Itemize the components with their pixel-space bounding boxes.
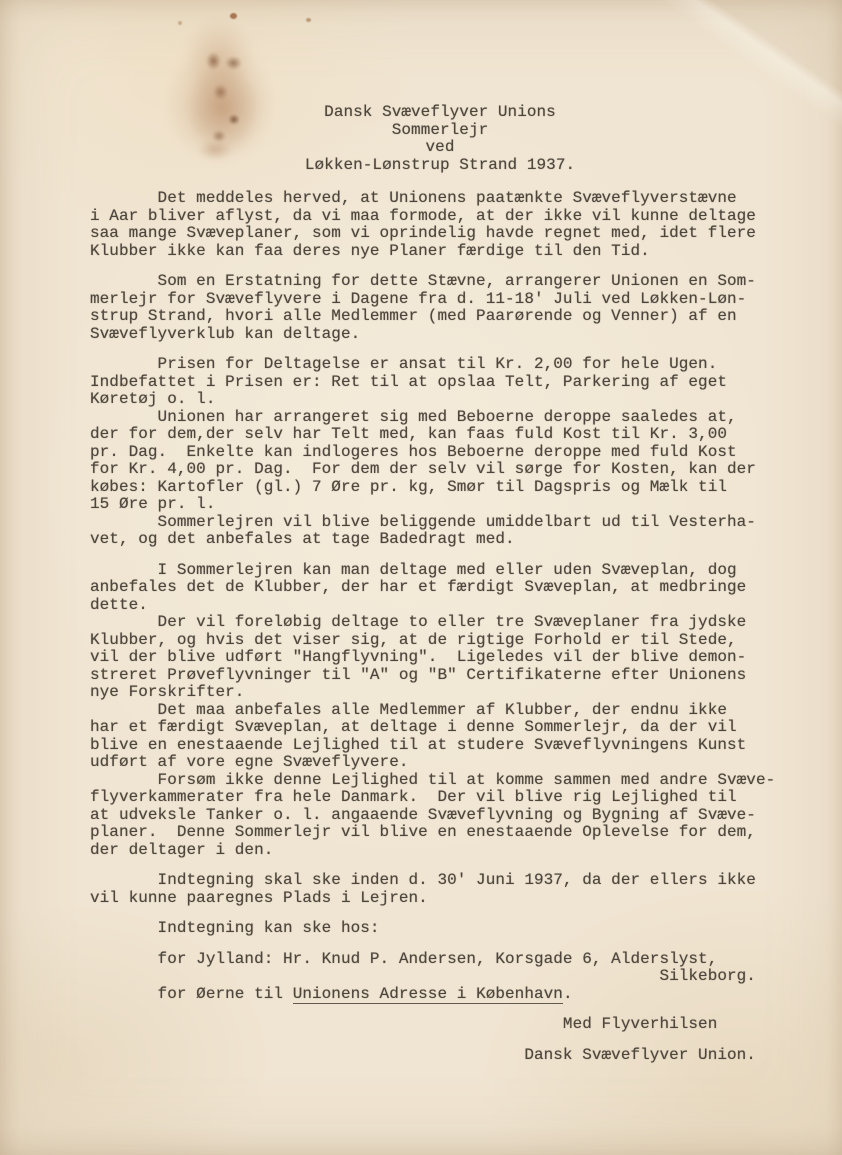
text-line: strup Strand, hvori alle Medlemmer (med … (90, 308, 790, 326)
paragraph-registration-heading: Indtegning kan ske hos: (90, 920, 790, 938)
paragraph-prices: Prisen for Deltagelse er ansat til Kr. 2… (90, 356, 790, 549)
text-line: Der vil foreløbig deltage to eller tre S… (90, 614, 790, 632)
text-line: Indbefattet i Prisen er: Ret til at opsl… (90, 374, 790, 392)
text-line: Sommerlejr (90, 122, 790, 140)
oerne-suffix: . (563, 985, 573, 1003)
letter-heading: Dansk Svæveflyver UnionsSommerlejrvedLøk… (90, 104, 790, 174)
paper-speck (178, 21, 182, 25)
text-line: Det meddeles herved, at Unionens paatænk… (90, 190, 790, 208)
text-line: streret Prøveflyvninger til "A" og "B" C… (90, 667, 790, 685)
text-line: Klubber ikke kan faa deres nye Planer fæ… (90, 243, 790, 261)
text-line: vil der blive udført "Hangflyvning". Lig… (90, 649, 790, 667)
paragraph-deadline: Indtegning skal ske inden d. 30' Juni 19… (90, 872, 790, 907)
text-line: Som en Erstatning for dette Stævne, arra… (90, 273, 790, 291)
text-line: Med Flyverhilsen (90, 1016, 790, 1034)
paper-speck (306, 18, 311, 22)
registration-silkeborg-line: Silkeborg. (90, 968, 790, 986)
text-line: saa mange Svæveplaner, som vi oprindelig… (90, 225, 790, 243)
text-line: Indtegning skal ske inden d. 30' Juni 19… (90, 872, 790, 890)
text-line: Klubber, og hvis det viser sig, at de ri… (90, 632, 790, 650)
text-line: nye Forskrifter. (90, 684, 790, 702)
text-line: I Sommerlejren kan man deltage med eller… (90, 562, 790, 580)
letter-body: Dansk Svæveflyver UnionsSommerlejrvedLøk… (90, 104, 790, 1077)
text-line: 15 Øre pr. l. (90, 496, 790, 514)
stain-spot (206, 52, 221, 70)
text-line: vil kunne paaregnes Plads i Lejren. (90, 890, 790, 908)
registration-oerne-line: for Øerne til Unionens Adresse i Københa… (90, 986, 790, 1004)
text-line: Unionen har arrangeret sig med Beboerne … (90, 409, 790, 427)
text-line: har et færdigt Svæveplan, at deltage i d… (90, 719, 790, 737)
signoff-organization: Dansk Svæveflyver Union. (90, 1047, 790, 1065)
text-line: ved (90, 139, 790, 157)
text-line: Dansk Svæveflyver Union. (90, 1047, 790, 1065)
stain-spot (213, 84, 228, 100)
text-line: i Aar bliver aflyst, da vi maa formode, … (90, 208, 790, 226)
text-line: for Kr. 4,00 pr. Dag. For dem der selv v… (90, 461, 790, 479)
paragraph-participation: I Sommerlejren kan man deltage med eller… (90, 562, 790, 860)
text-line: pr. Dag. Enkelte kan indlogeres hos Bebo… (90, 444, 790, 462)
registration-addresses: for Jylland: Hr. Knud P. Andersen, Korsg… (90, 951, 790, 1004)
text-line: flyverkammerater fra hele Danmark. Der v… (90, 789, 790, 807)
text-line: blive en enestaaende Lejlighed til at st… (90, 737, 790, 755)
paragraph-replacement-camp: Som en Erstatning for dette Stævne, arra… (90, 273, 790, 343)
text-line: købes: Kartofler (gl.) 7 Øre pr. kg, Smø… (90, 479, 790, 497)
text-line: Dansk Svæveflyver Unions (90, 104, 790, 122)
text-line: Køretøj o. l. (90, 391, 790, 409)
text-line: anbefales det de Klubber, der har et fær… (90, 579, 790, 597)
text-line: Svæveflyverklub kan deltage. (90, 326, 790, 344)
text-line: udført af vore egne Svæveflyvere. (90, 754, 790, 772)
oerne-prefix: for Øerne til (90, 985, 293, 1003)
text-line: planer. Denne Sommerlejr vil blive en en… (90, 824, 790, 842)
text-line: Sommerlejren vil blive beliggende umidde… (90, 514, 790, 532)
text-line: Det maa anbefales alle Medlemmer af Klub… (90, 702, 790, 720)
text-line: Forsøm ikke denne Lejlighed til at komme… (90, 772, 790, 790)
paper-speck (230, 13, 237, 19)
text-line: at udveksle Tanker o. l. angaaende Svæve… (90, 807, 790, 825)
text-line: Prisen for Deltagelse er ansat til Kr. 2… (90, 356, 790, 374)
letter-page: Dansk Svæveflyver UnionsSommerlejrvedLøk… (0, 0, 842, 1155)
text-line: der deltager i den. (90, 842, 790, 860)
text-line: dette. (90, 597, 790, 615)
paragraph-cancellation: Det meddeles herved, at Unionens paatænk… (90, 190, 790, 260)
registration-jylland-line: for Jylland: Hr. Knud P. Andersen, Korsg… (90, 951, 790, 969)
text-line: merlejr for Svæveflyvere i Dagene fra d.… (90, 291, 790, 309)
text-line: Indtegning kan ske hos: (90, 920, 790, 938)
text-line: vet, og det anbefales at tage Badedragt … (90, 531, 790, 549)
text-line: Løkken-Lønstrup Strand 1937. (90, 157, 790, 175)
stain-spot (225, 56, 242, 70)
underlined-address: Unionens Adresse i København (293, 985, 563, 1005)
text-line: der for dem,der selv har Telt med, kan f… (90, 426, 790, 444)
signoff-salutation: Med Flyverhilsen (90, 1016, 790, 1034)
